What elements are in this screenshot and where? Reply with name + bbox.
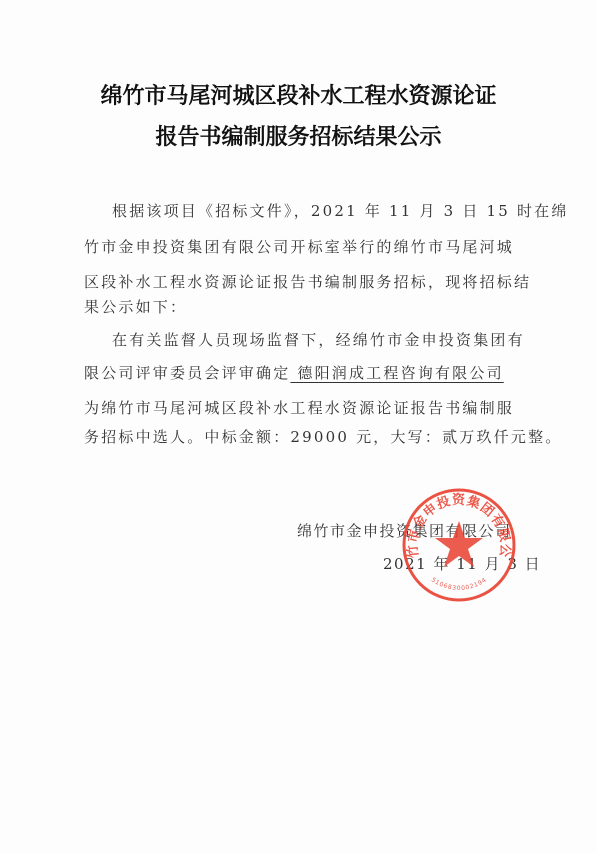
paragraph-1-line-1: 根据该项目《招标文件》，2021 年 11 月 3 日 15 时在绵 bbox=[112, 200, 569, 221]
evaluation-text: 限公司评审委员会评审确定 bbox=[84, 364, 290, 382]
paragraph-1-line-3: 区段补水工程水资源论证报告书编制服务招标，现将招标结 bbox=[84, 271, 531, 292]
paragraph-2-line-4: 务招标中选人。中标金额：29000 元，大写：贰万玖仟元整。 bbox=[84, 426, 563, 447]
svg-text:5106830002194: 5106830002194 bbox=[430, 576, 488, 592]
document-title-line-1: 绵竹市马尾河城区段补水工程水资源论证 bbox=[0, 79, 597, 110]
document-title-line-2: 报告书编制服务招标结果公示 bbox=[0, 120, 597, 151]
paragraph-1-line-2: 竹市金申投资集团有限公司开标室举行的绵竹市马尾河城 bbox=[84, 236, 514, 257]
winning-bidder: 德阳润成工程咨询有限公司 bbox=[290, 364, 503, 382]
official-seal-icon: 绵竹市金申投资集团有限公司 5106830002194 bbox=[401, 487, 517, 603]
paragraph-2-line-2: 限公司评审委员会评审确定 德阳润成工程咨询有限公司 bbox=[84, 362, 504, 383]
paragraph-2-line-1: 在有关监督人员现场监督下，经绵竹市金申投资集团有 bbox=[112, 329, 525, 350]
paragraph-1-line-4: 果公示如下： bbox=[84, 296, 187, 317]
paragraph-2-line-3: 为绵竹市马尾河城区段补水工程水资源论证报告书编制服 bbox=[84, 397, 514, 418]
